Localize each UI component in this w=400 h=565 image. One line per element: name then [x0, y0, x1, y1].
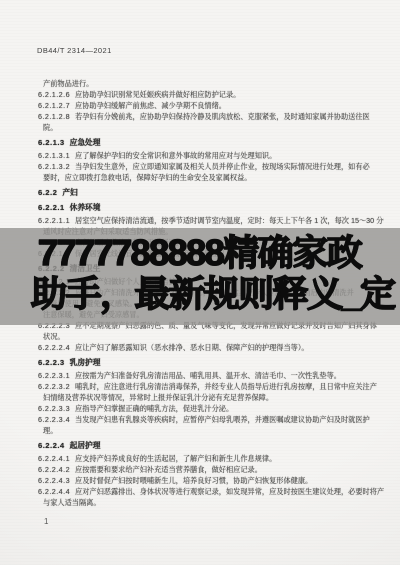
doc-line-continuation: 妇情绪及营养状况等情况，异常时上报并保证乳汁分泌有充足营养保障。 — [38, 392, 384, 403]
clause-number: 6.2.1.2.6 — [38, 90, 70, 99]
clause-number: 6.2.2.4.3 — [38, 476, 70, 485]
clause-number: 6.2.2.1 — [38, 203, 65, 212]
clause-text: 应及时督促产妇按时喂哺新生儿，培养良好习惯，协助产妇恢复形体健康。 — [75, 476, 312, 485]
clause-text: 应协助孕妇缓解产前焦虑、减少孕期不良情绪。 — [75, 101, 226, 110]
doc-line-continuation: 院。 — [38, 122, 384, 133]
clause-text: 若孕妇有分娩前兆，应协助孕妇保持冷静及肌肉放松、克服紧张，及时通知家属并协助送往… — [75, 112, 370, 121]
doc-line-continuation: 理。 — [38, 425, 384, 436]
doc-clause-line: 6.2.1.2.6应协助孕妇识别常见妊娠疾病并做好相应防护记录。 — [38, 89, 384, 100]
clause-number: 6.2.1.3.2 — [38, 162, 70, 171]
doc-clause-line: 6.2.1.3.1应了解保护孕妇的安全常识和意外事故的常用应对与处理知识。 — [38, 150, 384, 161]
clause-number: 6.2.2.2.4 — [38, 343, 70, 352]
clause-number: 6.2.1.3.1 — [38, 151, 70, 160]
doc-clause-line: 6.2.1.2.7应协助孕妇缓解产前焦虑、减少孕期不良情绪。 — [38, 100, 384, 111]
clause-number: 6.2.2.3.2 — [38, 382, 70, 391]
section-heading: 6.2.2.3乳房护理 — [38, 357, 384, 368]
clause-number: 6.2.2.3 — [38, 358, 65, 367]
watermark-line2: 助手，最新规则释义_定 — [31, 274, 395, 315]
clause-number: 6.2.2 — [38, 188, 57, 197]
clause-number: 6.2.2.3.3 — [38, 404, 70, 413]
clause-text: 应支持产妇养成良好的生活起居，了解产妇和新生儿作息规律。 — [75, 454, 276, 463]
clause-number: 6.2.1.2.7 — [38, 101, 70, 110]
clause-text: 应协助孕妇识别常见妊娠疾病并做好相应防护记录。 — [75, 90, 240, 99]
clause-text: 哺乳时，应注意进行乳房清洁消毒保养，并经专业人员指导后进行乳房按摩，且日常中应关… — [75, 382, 377, 391]
clause-number: 6.2.2.4.2 — [38, 465, 70, 474]
clause-text: 起居护理 — [70, 441, 101, 450]
clause-text: 当孕妇发生意外，应立即通知家属及相关人员并停止作业，按现场实际情况进行处理，如有… — [75, 162, 370, 171]
clause-text: 产妇 — [62, 188, 77, 197]
clause-text: 居室空气应保持清洁流通，按季节适时调节室内温度，定时：每天上下午各 1 次，每次… — [75, 216, 384, 225]
standard-number-header: DB44/T 2314—2021 — [37, 46, 112, 55]
doc-clause-line: 6.2.1.3.2当孕妇发生意外，应立即通知家属及相关人员并停止作业，按现场实际… — [38, 161, 384, 172]
doc-line-continuation: 与家人适当隔离。 — [38, 497, 384, 508]
doc-clause-line: 6.2.2.3.1应按需为产妇准备好乳房清洁用品、哺乳用具、温开水、清洁毛巾、一… — [38, 370, 384, 381]
doc-clause-line: 6.2.2.4.2应按需要和要求给产妇补充适当营养膳食，做好相应记录。 — [38, 464, 384, 475]
clause-text: 休养环境 — [70, 203, 101, 212]
doc-clause-line: 6.2.2.2.4应让产妇了解恶露知识（恶水排净、恶水日期、保障产妇的护理得当等… — [38, 342, 384, 353]
doc-clause-line: 6.2.2.4.1应支持产妇养成良好的生活起居，了解产妇和新生儿作息规律。 — [38, 453, 384, 464]
watermark-text: 7777788888精确家政 助手，最新规则释义_定 — [31, 233, 395, 314]
clause-text: 应按需为产妇准备好乳房清洁用品、哺乳用具、温开水、清洁毛巾、一次性乳垫等。 — [75, 371, 341, 380]
section-heading: 6.2.1.3应急处理 — [38, 137, 384, 148]
clause-number: 6.2.1.2.8 — [38, 112, 70, 121]
doc-clause-line: 6.2.2.3.3应指导产妇掌握正确的哺乳方法，促进乳汁分泌。 — [38, 403, 384, 414]
clause-text: 应让产妇了解恶露知识（恶水排净、恶水日期、保障产妇的护理得当等）。 — [75, 343, 309, 352]
section-heading: 6.2.2产妇 — [38, 187, 384, 198]
clause-number: 6.2.2.4 — [38, 441, 65, 450]
clause-text: 应按需要和要求给产妇补充适当营养膳食，做好相应记录。 — [75, 465, 262, 474]
clause-text: 状况。 — [43, 332, 65, 341]
clause-text: 产前物品进行。 — [43, 79, 93, 88]
doc-line-continuation: 要时，应立即拨打急救电话，保障好孕妇的生命安全及家属权益。 — [38, 172, 384, 183]
section-heading: 6.2.2.1休养环境 — [38, 202, 384, 213]
clause-text: 与家人适当隔离。 — [43, 498, 101, 507]
clause-text: 理。 — [43, 426, 57, 435]
clause-text: 要时，应立即拨打急救电话，保障好孕妇的生命安全及家属权益。 — [43, 173, 251, 182]
doc-line-continuation: 产前物品进行。 — [38, 78, 384, 89]
clause-text: 妇情绪及营养状况等情况，异常时上报并保证乳汁分泌有充足营养保障。 — [43, 393, 273, 402]
clause-text: 应急处理 — [70, 138, 101, 147]
clause-number: 6.2.1.3 — [38, 138, 65, 147]
clause-number: 6.2.2.3.1 — [38, 371, 70, 380]
section-heading: 6.2.2.4起居护理 — [38, 440, 384, 451]
clause-text: 应对产妇恶露排出、身体状况等进行观察记录，如发现异常，应及时按医生建议处理，必要… — [75, 487, 384, 496]
clause-text: 应了解保护孕妇的安全常识和意外事故的常用应对与处理知识。 — [75, 151, 276, 160]
watermark-line1: 7777788888精确家政 — [31, 233, 395, 274]
clause-number: 6.2.2.3.4 — [38, 415, 70, 424]
doc-clause-line: 6.2.1.2.8若孕妇有分娩前兆，应协助孕妇保持冷静及肌肉放松、克服紧张，及时… — [38, 111, 384, 122]
clause-text: 应指导产妇掌握正确的哺乳方法，促进乳汁分泌。 — [75, 404, 233, 413]
doc-clause-line: 6.2.2.1.1居室空气应保持清洁流通，按季节适时调节室内温度，定时：每天上下… — [38, 215, 384, 226]
clause-text: 当发现产妇患有乳腺炎等疾病时，应暂停产妇母乳喂养，并遵医嘱或建议协助产妇及时就医… — [75, 415, 370, 424]
clause-number: 6.2.2.1.1 — [38, 216, 70, 225]
clause-text: 院。 — [43, 123, 57, 132]
doc-clause-line: 6.2.2.3.2哺乳时，应注意进行乳房清洁消毒保养，并经专业人员指导后进行乳房… — [38, 381, 384, 392]
page-number: 1 — [44, 517, 48, 526]
scanned-document-page: DB44/T 2314—2021 产前物品进行。 6.2.1.2.6应协助孕妇识… — [0, 0, 400, 565]
doc-clause-line: 6.2.2.4.3应及时督促产妇按时喂哺新生儿，培养良好习惯，协助产妇恢复形体健… — [38, 475, 384, 486]
clause-number: 6.2.2.4.4 — [38, 487, 70, 496]
doc-clause-line: 6.2.2.3.4当发现产妇患有乳腺炎等疾病时，应暂停产妇母乳喂养，并遵医嘱或建… — [38, 414, 384, 425]
clause-text: 乳房护理 — [70, 358, 101, 367]
doc-line-continuation: 状况。 — [38, 331, 384, 342]
doc-clause-line: 6.2.2.4.4应对产妇恶露排出、身体状况等进行观察记录，如发现异常，应及时按… — [38, 486, 384, 497]
clause-number: 6.2.2.4.1 — [38, 454, 70, 463]
